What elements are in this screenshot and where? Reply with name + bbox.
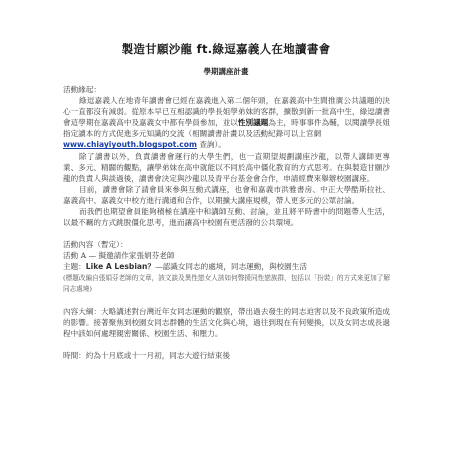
activity-a-outline: 內容大綱：大略講述對台灣近年女同志運動的觀察，帶出過去發生的同志迫害以及不良政策…	[63, 306, 390, 339]
origin-paragraph-4: 而我們也期望會員能夠積極在講座中和講師互動、討論，並且將平時書中的問題帶人生活，…	[63, 206, 390, 228]
section-heading-origin: 活動緣起：	[63, 84, 390, 95]
document-body: 活動緣起： 綠逗嘉義人在地青年讀書會已經在嘉義進入第二個年頭，在嘉義高中生間推廣…	[63, 84, 390, 361]
spacer	[63, 228, 390, 239]
document-title: 製造甘願沙龍 ft.綠逗嘉義人在地讀書會	[0, 41, 452, 57]
topic-english: Like A Lesbian？	[86, 262, 155, 271]
origin-paragraph-1: 綠逗嘉義人在地青年讀書會已經在嘉義進入第二個年頭，在嘉義高中生間推廣公共議題的決…	[63, 95, 390, 150]
activity-a-time: 時間：約為十月底或十一月初，同志大遊行結束後	[63, 350, 390, 361]
origin-text-3: 查詢）。	[197, 140, 226, 149]
activity-a-topic: 主題：Like A Lesbian？—認識女同志的處境，同志運動，與校園生活	[63, 261, 390, 272]
document-subtitle: 學期講座計畫	[0, 66, 452, 77]
activity-a-label: 活動 A — 擬邀請作家張娟芬老師	[63, 250, 390, 261]
section-heading-content: 活動內容（暫定）：	[63, 239, 390, 250]
gender-issue-highlight: 性別議題	[238, 118, 268, 127]
activity-a-note: (標題改編自張娟芬老師的文章，該文談及異性戀女人該如何聲援同性戀族群，包括以「扮…	[63, 273, 390, 295]
origin-paragraph-3: 目前，讀書會除了請會員來參與互動式講座，也會和嘉義市洪雅書房、中正大學酷斯拉社、…	[63, 184, 390, 206]
topic-rest: —認識女同志的處境，同志運動，與校園生活	[155, 262, 307, 271]
website-link[interactable]: www.chiayiyouth.blogspot.com	[63, 140, 197, 149]
document-page: 製造甘願沙龍 ft.綠逗嘉義人在地讀書會 學期講座計畫 活動緣起： 綠逗嘉義人在…	[0, 0, 452, 452]
spacer	[63, 295, 390, 306]
spacer	[63, 339, 390, 350]
origin-paragraph-2: 除了讀書以外，負責讀書會運行的大學生們，也一直期望規劃講座沙龍，以帶人講師更專業…	[63, 151, 390, 184]
topic-prefix: 主題：	[63, 262, 86, 271]
